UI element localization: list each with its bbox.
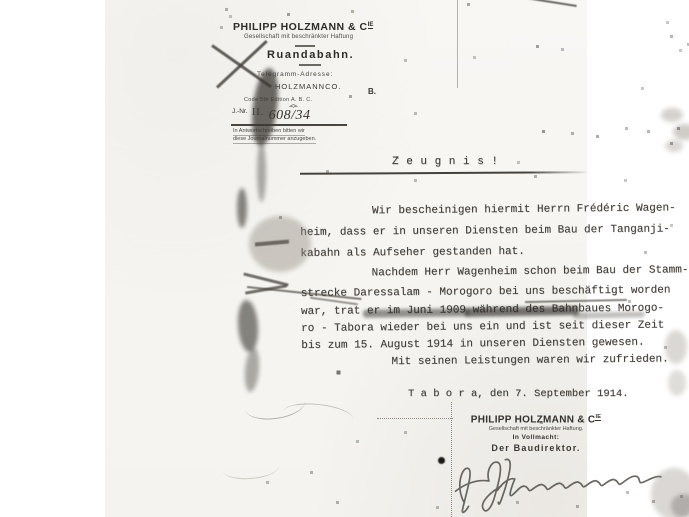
ink-smudge: [257, 142, 266, 202]
body-line: kabahn als Aufseher gestanden hat.: [300, 246, 525, 260]
overstrike-smudge: [573, 311, 645, 318]
stain: [665, 330, 687, 364]
body-line: ro - Tabora wieder bei uns ein und ist s…: [301, 320, 664, 335]
fold-line-horizontal: [377, 418, 453, 419]
body-line: Mit seinen Leistungen waren wir zufriede…: [391, 353, 668, 368]
ink-smudge: [237, 188, 247, 228]
body-line: Nachdem Herr Wagenheim schon beim Bau de…: [372, 264, 689, 279]
scan-area: PHILIPP HOLZMANN & CIE Gesellschaft mit …: [105, 0, 587, 517]
scanned-document-page: PHILIPP HOLZMANN & CIE Gesellschaft mit …: [0, 0, 689, 517]
fold-line-vertical-top: [457, 0, 458, 88]
fold-line-vertical-bottom: [451, 402, 452, 517]
body-line: bis zum 15. August 1914 in unseren Diens…: [301, 337, 644, 352]
signature-authority-line: In Vollmacht:: [450, 434, 622, 441]
body-line: Wir bescheinigen hiermit Herrn Frédéric …: [372, 202, 676, 217]
stamp-company-text: PHILIPP HOLZMANN & C: [471, 414, 596, 425]
signature-stamp-company: PHILIPP HOLZMANN & CIE: [450, 414, 622, 425]
stain: [665, 140, 683, 152]
dateline: T a b o r a, den 7. September 1914.: [408, 388, 629, 400]
stain: [671, 494, 689, 517]
stain: [668, 370, 686, 396]
paper-speckles: [105, 0, 106, 1]
ink-dot: [438, 457, 445, 464]
signature-stamp-subtitle: Gesellschaft mit beschränkter Haftung.: [450, 426, 622, 432]
stamp-company-suffix: IE: [595, 414, 601, 421]
overstrike-smudge: [363, 308, 469, 317]
stain: [661, 108, 683, 122]
body-line: heim, dass er in unseren Diensten beim B…: [300, 223, 670, 239]
